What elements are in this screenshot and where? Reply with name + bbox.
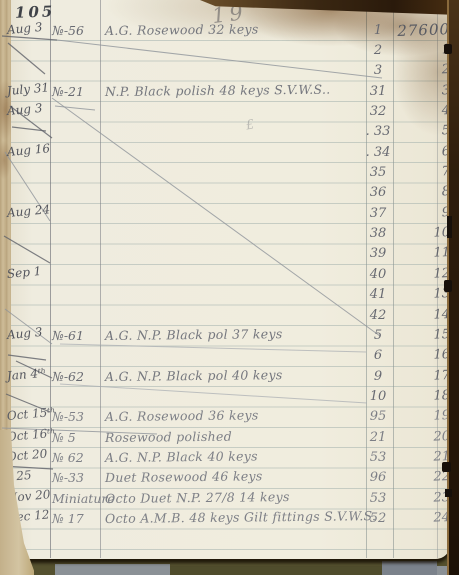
ledger-row: 36 8 [0,182,459,203]
entry-number: №-62 [52,366,102,387]
entry-serial: 6 [396,141,453,164]
ledger-row: " 25 №-33 Duet Rosewood 46 keys 96 22 [0,467,459,488]
page-tab-mark [445,489,452,497]
entry-quantity: 21 [364,427,392,448]
entry-quantity: 53 [364,447,392,468]
entry-serial: 19 [396,405,453,428]
page-tab-mark [444,280,452,292]
page-tab-mark [442,462,451,472]
entry-serial: 14 [396,304,453,327]
entry-number [52,101,102,122]
entry-quantity: 96 [364,467,392,488]
entry-number: № 17 [52,508,102,529]
ledger-row: Aug 3 №-56 A.G. Rosewood 32 keys 1 27600 [0,20,459,41]
entry-quantity: . 33 [364,121,392,142]
entry-number [52,264,102,285]
ledger-row: Oct 15ᵗʰ №-53 A.G. Rosewood 36 keys 95 1… [0,406,459,427]
ledger-row: Jan 4ᵗʰ №-62 A.G. N.P. Black pol 40 keys… [0,366,459,387]
entry-serial: 24 [396,507,453,530]
entry-serial: 8 [396,181,453,204]
entry-quantity: 95 [364,406,392,427]
entry-quantity: 6 [364,345,392,366]
entry-quantity: 36 [364,182,392,203]
entry-quantity: 39 [364,243,392,264]
entry-serial: 11 [396,242,453,265]
entry-serial: 2 [396,59,453,82]
ledger-row: Aug 24 37 9 [0,203,459,224]
entry-number: Miniature [52,488,102,509]
entry-number: № 62 [52,447,102,468]
ledger-row: Sep 1 40 12 [0,264,459,285]
ledger-row: Nov 20 Miniature Octo Duet N.P. 27/8 14 … [0,488,459,509]
ledger-row: 41 13 [0,284,459,305]
entry-quantity: 38 [364,223,392,244]
entry-number [52,223,102,244]
entry-number [52,345,102,366]
entry-quantity: 10 [364,386,392,407]
entry-quantity: 9 [364,366,392,387]
ledger-row: . 33 5 [0,121,459,142]
entry-number: №-56 [52,20,102,41]
entry-number [52,121,102,142]
entry-quantity: 42 [364,305,392,326]
entry-quantity: 41 [364,284,392,305]
ledger-row: July 31 №-21 N.P. Black polish 48 keys S… [0,81,459,102]
ledger-photo: 105 19 £ Aug 3 №-56 A.G. Rosewood 32 key… [0,0,459,575]
entry-number: №-53 [52,406,102,427]
ledger-row: Oct 16ᵗʰ № 5 Rosewood polished 21 20 [0,427,459,448]
entry-number [52,284,102,305]
entry-number [52,203,102,224]
entry-number [52,182,102,203]
entry-description: Octo A.M.B. 48 keys Gilt fittings S.V.W.… [105,505,367,529]
ledger-row: Aug 16 . 34 6 [0,142,459,163]
ledger-row: 3 2 [0,60,459,81]
entry-serial: 9 [396,202,453,225]
entry-quantity: . 34 [364,142,392,163]
entry-number [52,60,102,81]
ledger-row: 6 16 [0,345,459,366]
entry-number [52,142,102,163]
entry-serial: 20 [396,426,453,449]
page-tab-mark [447,216,452,238]
ledger-row: Dec 12 № 17 Octo A.M.B. 48 keys Gilt fit… [0,508,459,529]
entry-quantity: 31 [364,81,392,102]
entry-number: № 5 [52,427,102,448]
entry-description [105,281,367,305]
entry-number [52,243,102,264]
ledger-rows: Aug 3 №-56 A.G. Rosewood 32 keys 1 27600… [0,0,459,575]
entry-number [52,305,102,326]
entry-number: №-61 [52,325,102,346]
entry-serial: 17 [396,365,453,388]
entry-number: №-21 [52,81,102,102]
entry-quantity: 1 [364,20,392,41]
entry-quantity: 35 [364,162,392,183]
entry-quantity: 40 [364,264,392,285]
entry-number [52,162,102,183]
entry-serial: 3 [396,80,453,103]
page-tab-mark [444,44,452,54]
entry-quantity: 2 [364,40,392,61]
entry-quantity: 3 [364,60,392,81]
entry-quantity: 52 [364,508,392,529]
ledger-row: 42 14 [0,305,459,326]
entry-number [52,386,102,407]
entry-quantity: 5 [364,325,392,346]
entry-quantity: 37 [364,203,392,224]
entry-serial: 5 [396,120,453,143]
ledger-row: 39 11 [0,243,459,264]
entry-quantity: 32 [364,101,392,122]
entry-quantity: 53 [364,488,392,509]
entry-number: №-33 [52,467,102,488]
entry-number [52,40,102,61]
entry-serial: 16 [396,344,453,367]
